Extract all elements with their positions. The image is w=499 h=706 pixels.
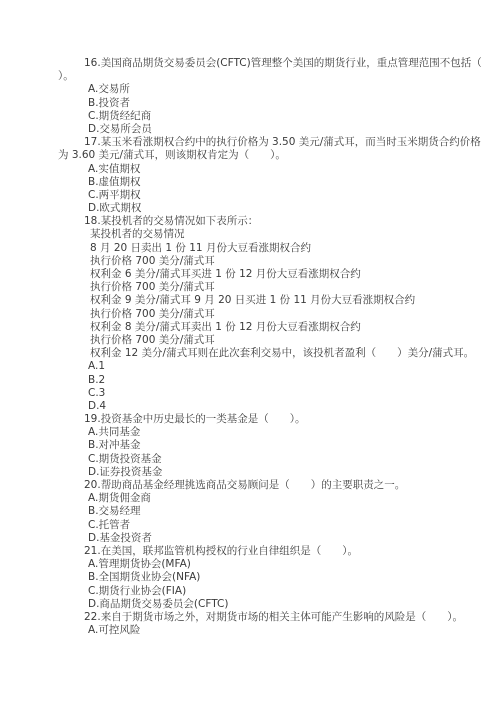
question-18-table-row: 执行价格 700 美分/蒲式耳 [0,255,499,268]
option-17-a: A.实值期权 [0,163,499,176]
option-19-b: B.对冲基金 [0,439,499,452]
option-21-a: A.管理期货协会(MFA) [0,558,499,571]
question-18-table-row: 权利金 6 美分/蒲式耳买进 1 份 12 月份大豆看涨期权合约 [0,268,499,281]
exam-page: 16.美国商品期货交易委员会(CFTC)管理整个美国的期货行业，重点管理范围不包… [0,0,499,706]
option-18-d: D.4 [0,400,499,413]
option-21-b: B.全国期货业协会(NFA) [0,571,499,584]
option-21-d: D.商品期货交易委员会(CFTC) [0,598,499,611]
question-18-table-row: 某投机者的交易情况 [0,228,499,241]
option-20-d: D.基金投资者 [0,532,499,545]
option-17-d: D.欧式期权 [0,202,499,215]
option-20-a: A.期货佣金商 [0,492,499,505]
question-18-table-row: 执行价格 700 美分/蒲式耳 [0,334,499,347]
option-16-d: D.交易所会员 [0,123,499,136]
option-16-b: B.投资者 [0,97,499,110]
option-20-c: C.托管者 [0,519,499,532]
question-21-stem: 21.在美国，联邦监管机构授权的行业自律组织是（ ）。 [0,545,499,558]
option-19-a: A.共同基金 [0,426,499,439]
question-22-stem: 22.来自于期货市场之外，对期货市场的相关主体可能产生影响的风险是（ ）。 [0,611,499,624]
option-16-c: C.期货经纪商 [0,110,499,123]
question-16-stem: 16.美国商品期货交易委员会(CFTC)管理整个美国的期货行业，重点管理范围不包… [0,57,499,70]
option-22-a: A.可控风险 [0,624,499,637]
option-18-a: A.1 [0,360,499,373]
question-18-table-row: 执行价格 700 美分/蒲式耳 [0,281,499,294]
question-20-stem: 20.帮助商品基金经理挑选商品交易顾问是（ ）的主要职责之一。 [0,479,499,492]
question-18-stem: 18.某投机者的交易情况如下表所示： [0,215,499,228]
option-17-c: C.两平期权 [0,189,499,202]
question-18-table-row: 权利金 8 美分/蒲式耳卖出 1 份 12 月份大豆看涨期权合约 [0,321,499,334]
option-19-d: D.证券投资基金 [0,466,499,479]
question-19-stem: 19.投资基金中历史最长的一类基金是（ ）。 [0,413,499,426]
question-18-table-row: 权利金 9 美分/蒲式耳 9 月 20 日买进 1 份 11 月份大豆看涨期权合… [0,294,499,307]
question-document: 16.美国商品期货交易委员会(CFTC)管理整个美国的期货行业，重点管理范围不包… [0,57,499,637]
option-20-b: B.交易经理 [0,505,499,518]
question-18-table-row: 执行价格 700 美分/蒲式耳 [0,308,499,321]
option-16-a: A.交易所 [0,83,499,96]
option-21-c: C.期货行业协会(FIA) [0,585,499,598]
question-17-stem-cont: 为 3.60 美元/蒲式耳，则该期权肯定为（ ）。 [0,149,499,162]
question-18-table-row: 权利金 12 美分/蒲式耳则在此次套利交易中，该投机者盈利（ ）美分/蒲式耳。 [0,347,499,360]
option-19-c: C.期货投资基金 [0,453,499,466]
option-18-b: B.2 [0,374,499,387]
question-18-table-row: 8 月 20 日卖出 1 份 11 月份大豆看涨期权合约 [0,242,499,255]
question-17-stem: 17.某玉米看涨期权合约中的执行价格为 3.50 美元/蒲式耳，而当时玉米期货合… [0,136,499,149]
option-18-c: C.3 [0,387,499,400]
option-17-b: B.虚值期权 [0,176,499,189]
question-16-stem-cont: ）。 [0,70,499,83]
